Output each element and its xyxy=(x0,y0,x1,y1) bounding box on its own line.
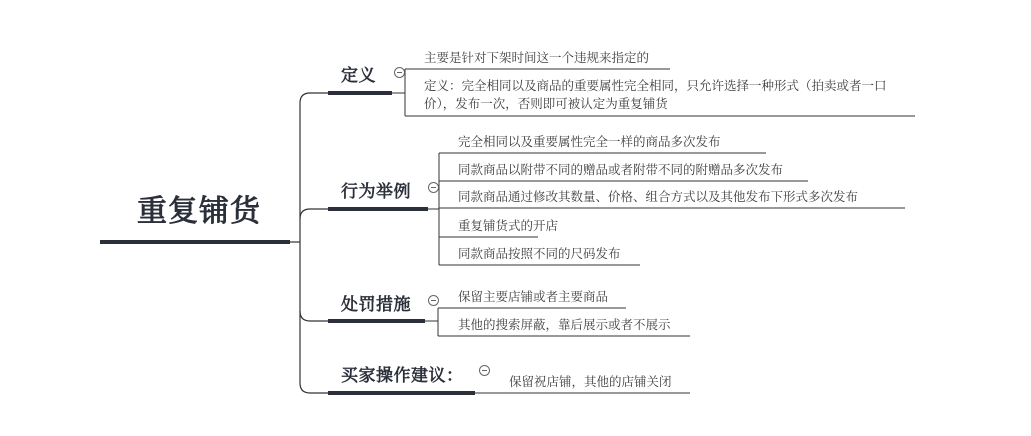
leaf-examples-3[interactable]: 同款商品通过修改其数量、价格、组合方式以及其他发布下形式多次发布 xyxy=(458,187,858,207)
leaf-penalty-2[interactable]: 其他的搜索屏蔽，靠后展示或者不展示 xyxy=(458,315,671,335)
branch-title-definition[interactable]: 定义 xyxy=(341,61,376,86)
leaf-definition-2-line-2[interactable]: 价），发布一次，否则即可被认定为重复铺货 xyxy=(424,94,668,114)
collapse-toggle-definition-minus-circle-icon[interactable] xyxy=(394,67,405,78)
leaf-definition-2-line-1[interactable]: 定义：完全相同以及商品的重要属性完全相同，只允许选择一种形式（拍卖或者一口 xyxy=(424,76,887,96)
collapse-toggle-examples-minus-circle-icon[interactable] xyxy=(428,182,439,193)
leaf-examples-1[interactable]: 完全相同以及重要属性完全一样的商品多次发布 xyxy=(458,132,721,152)
collapse-toggle-buyer-advice-minus-circle-icon[interactable] xyxy=(479,365,490,376)
collapse-toggle-penalty-minus-circle-icon[interactable] xyxy=(428,295,439,306)
root-node-title[interactable]: 重复铺货 xyxy=(137,186,261,230)
branch-title-buyer-advice[interactable]: 买家操作建议： xyxy=(341,361,464,386)
leaf-definition-1[interactable]: 主要是针对下架时间这一个违规来指定的 xyxy=(424,48,649,68)
leaf-examples-4[interactable]: 重复铺货式的开店 xyxy=(458,216,558,236)
leaf-penalty-1[interactable]: 保留主要店铺或者主要商品 xyxy=(458,287,608,307)
leaf-buyer-advice-1[interactable]: 保留祝店铺，其他的店铺关闭 xyxy=(509,372,672,392)
branch-title-penalty[interactable]: 处罚措施 xyxy=(341,290,411,315)
trunk-line xyxy=(300,93,328,393)
leaf-examples-5[interactable]: 同款商品按照不同的尺码发布 xyxy=(458,244,621,264)
leaf-examples-2[interactable]: 同款商品以附带不同的赠品或者附带不同的附赠品多次发布 xyxy=(458,160,783,180)
branch-title-examples[interactable]: 行为举例 xyxy=(341,177,411,202)
